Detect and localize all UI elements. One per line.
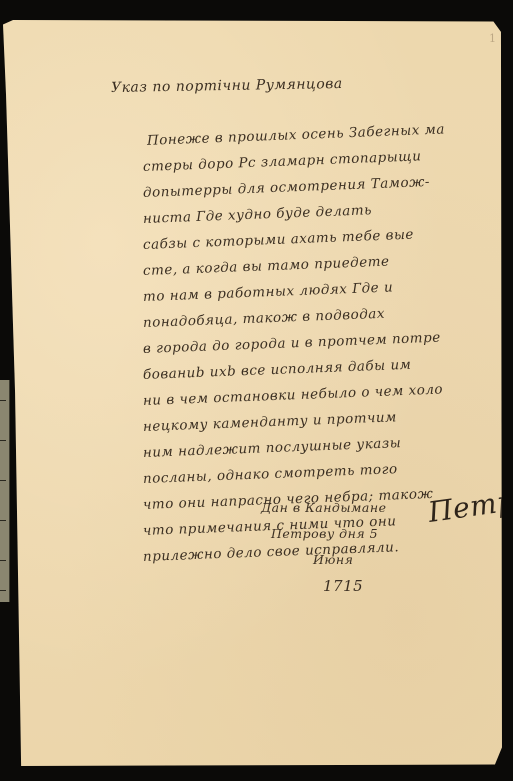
closing-block: Дан в Кандымане Петрову дня 5 Июня 1715 [261,495,386,599]
folio-number: 1 [489,32,496,45]
closing-year: 1715 [323,573,386,599]
ruler-tick [0,480,6,481]
ruler-tick [0,440,6,441]
document-heading: Указ по портічни Румянцова [111,76,343,96]
ruler-tick [0,560,6,561]
closing-month: Июня [313,547,386,573]
scan-scene: 1 Указ по портічни Румянцова Понеже в пр… [0,0,513,781]
closing-day: Петрову дня 5 [271,521,386,547]
ruler-tick [0,590,6,591]
closing-place: Дан в Кандымане [261,495,386,521]
ruler-tick [0,520,6,521]
ruler-tick [0,400,6,401]
manuscript-page: 1 Указ по портічни Румянцова Понеже в пр… [3,20,506,766]
measurement-ruler [0,380,10,602]
